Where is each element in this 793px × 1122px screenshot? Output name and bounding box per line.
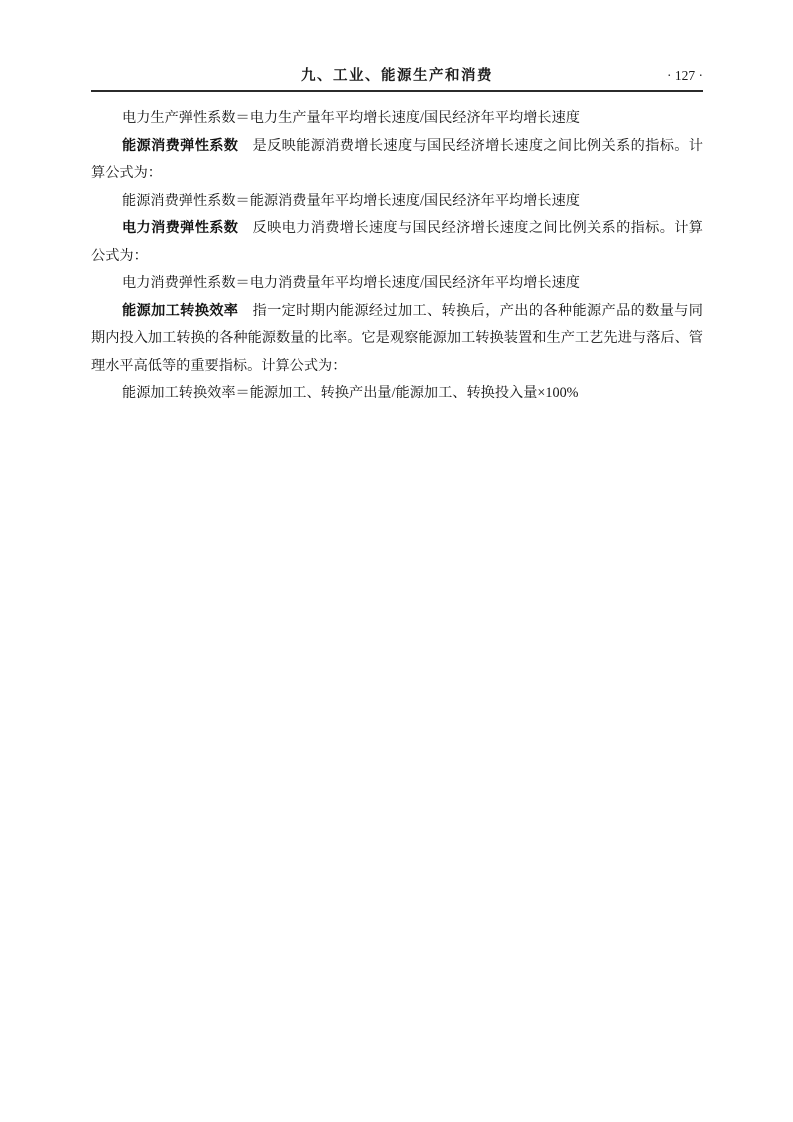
definition-term: 能源加工转换效率 [122,303,238,319]
header-rule [91,90,703,92]
definition-paragraph: 能源消费弹性系数是反映能源消费增长速度与国民经济增长速度之间比例关系的指标。计算… [91,133,703,188]
definition-paragraph: 电力消费弹性系数反映电力消费增长速度与国民经济增长速度之间比例关系的指标。计算公… [91,215,703,270]
formula-line: 电力生产弹性系数＝电力生产量年平均增长速度/国民经济年平均增长速度 [91,105,703,133]
yearbook-page: 九、工业、能源生产和消费 · 127 · 电力生产弹性系数＝电力生产量年平均增长… [0,0,793,1122]
definition-term: 能源消费弹性系数 [122,138,238,154]
definition-term: 电力消费弹性系数 [122,220,238,236]
formula-line: 能源消费弹性系数＝能源消费量年平均增长速度/国民经济年平均增长速度 [91,188,703,216]
page-title: 九、工业、能源生产和消费 [301,64,493,85]
formula-line: 电力消费弹性系数＝电力消费量年平均增长速度/国民经济年平均增长速度 [91,270,703,298]
definition-paragraph: 能源加工转换效率指一定时期内能源经过加工、转换后，产出的各种能源产品的数量与同期… [91,298,703,381]
formula-line: 能源加工转换效率＝能源加工、转换产出量/能源加工、转换投入量×100% [91,380,703,408]
page-header: 九、工业、能源生产和消费 · 127 · [91,64,703,85]
page-number: · 127 · [493,68,703,84]
document-body: 电力生产弹性系数＝电力生产量年平均增长速度/国民经济年平均增长速度 能源消费弹性… [91,105,703,408]
